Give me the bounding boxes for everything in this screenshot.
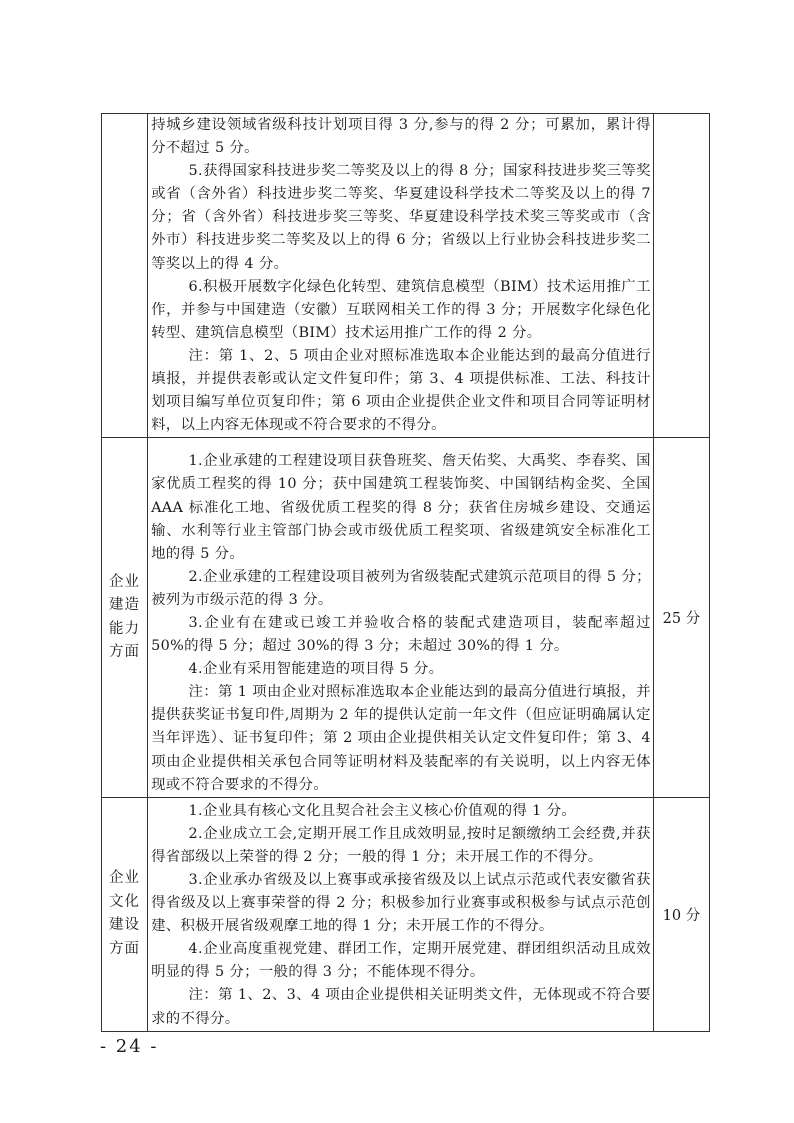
criteria-paragraph: 持城乡建设领域省级科技计划项目得 3 分,参与的得 2 分；可累加，累计得分不超… (151, 114, 651, 160)
category-cell: 企业 文化 建设 方面 (102, 797, 148, 1031)
category-cell (102, 114, 148, 438)
note-paragraph: 注：第 1 项由企业对照标准选取本企业能达到的最高分值进行填报，并提供获奖证书复… (151, 681, 651, 796)
table-row: 企业 文化 建设 方面 1.企业具有核心文化且契合社会主义核心价值观的得 1 分… (102, 797, 710, 1031)
criteria-paragraph: 2.企业承建的工程建设项目被列为省级装配式建筑示范项目的得 5 分；被列为市级示… (151, 566, 651, 612)
scoring-table: 持城乡建设领域省级科技计划项目得 3 分,参与的得 2 分；可累加，累计得分不超… (101, 113, 710, 1032)
note-paragraph: 注：第 1、2、5 项由企业对照标准选取本企业能达到的最高分值进行填报，并提供表… (151, 345, 651, 437)
score-cell: 10 分 (653, 797, 709, 1031)
table-row: 企业 建造 能力 方面 1.企业承建的工程建设项目获鲁班奖、詹天佑奖、大禹奖、李… (102, 438, 710, 797)
criteria-paragraph: 1.企业承建的工程建设项目获鲁班奖、詹天佑奖、大禹奖、李春奖、国家优质工程奖的得… (151, 450, 651, 565)
criteria-cell: 1.企业承建的工程建设项目获鲁班奖、詹天佑奖、大禹奖、李春奖、国家优质工程奖的得… (148, 438, 654, 797)
category-line: 企业 (102, 867, 147, 891)
criteria-paragraph: 3.企业有在建或已竣工并验收合格的装配式建造项目，装配率超过 50%的得 5 分… (151, 612, 651, 658)
criteria-paragraph: 2.企业成立工会,定期开展工作且成效明显,按时足额缴纳工会经费,并获得省部级以上… (151, 823, 651, 869)
score-cell (653, 114, 709, 438)
category-line: 建造 (102, 594, 147, 618)
criteria-paragraph: 4.企业高度重视党建、群团工作，定期开展党建、群团组织活动且成效明显的得 5 分… (151, 938, 651, 984)
criteria-paragraph: 1.企业具有核心文化且契合社会主义核心价值观的得 1 分。 (151, 800, 651, 823)
category-line: 企业 (102, 571, 147, 595)
table-row: 持城乡建设领域省级科技计划项目得 3 分,参与的得 2 分；可累加，累计得分不超… (102, 114, 710, 438)
criteria-paragraph: 4.企业有采用智能建造的项目得 5 分。 (151, 658, 651, 681)
criteria-cell: 1.企业具有核心文化且契合社会主义核心价值观的得 1 分。 2.企业成立工会,定… (148, 797, 654, 1031)
category-line: 建设 (102, 914, 147, 938)
criteria-paragraph: 3.企业承办省级及以上赛事或承接省级及以上试点示范或代表安徽省获得省级及以上赛事… (151, 869, 651, 938)
category-line: 能力 (102, 618, 147, 642)
note-paragraph: 注：第 1、2、3、4 项由企业提供相关证明类文件，无体现或不符合要求的不得分。 (151, 984, 651, 1030)
criteria-paragraph: 6.积极开展数字化绿色化转型、建筑信息模型（BIM）技术运用推广工作，并参与中国… (151, 276, 651, 345)
category-cell: 企业 建造 能力 方面 (102, 438, 148, 797)
criteria-paragraph: 5.获得国家科技进步奖二等奖及以上的得 8 分；国家科技进步奖三等奖或省（含外省… (151, 160, 651, 275)
criteria-cell: 持城乡建设领域省级科技计划项目得 3 分,参与的得 2 分；可累加，累计得分不超… (148, 114, 654, 438)
category-line: 文化 (102, 891, 147, 915)
category-line: 方面 (102, 641, 147, 665)
page-number: - 24 - (100, 1036, 159, 1057)
category-line: 方面 (102, 938, 147, 962)
score-cell: 25 分 (653, 438, 709, 797)
